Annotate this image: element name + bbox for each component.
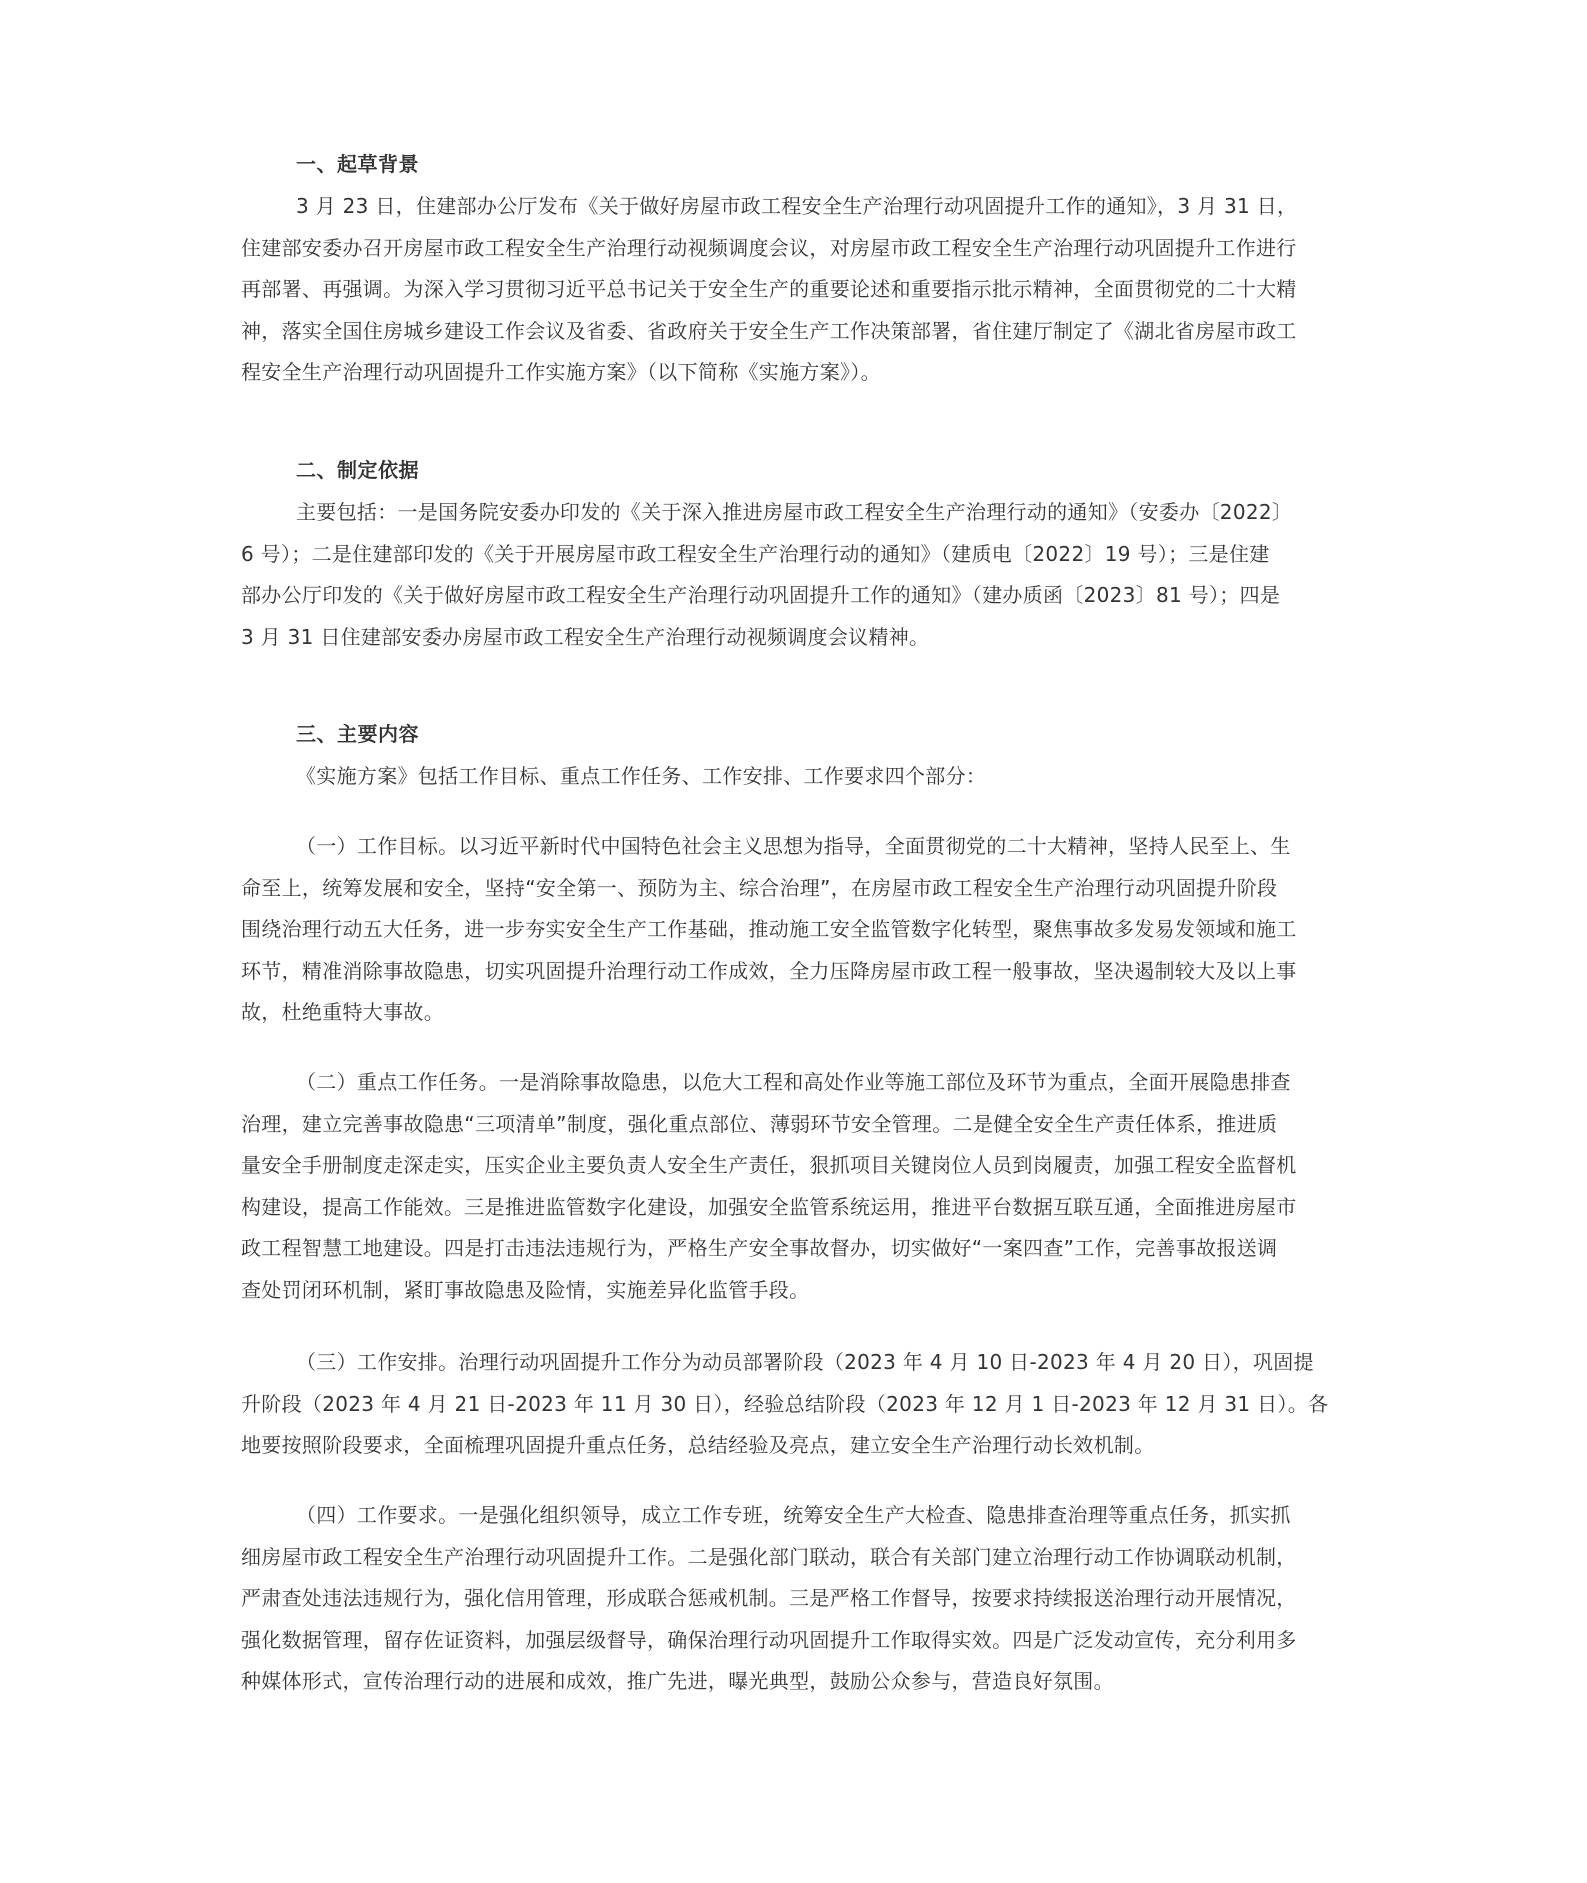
text-line: 治理，建立完善事故隐患“三项清单”制度，强化重点部位、薄弱环节安全管理。二是健全… — [241, 1104, 1351, 1146]
section-heading: 一、起草背景 — [241, 150, 1351, 178]
text-line: 主要包括：一是国务院安委办印发的《关于深入推进房屋市政工程安全生产治理行动的通知… — [241, 492, 1351, 534]
section-drafting-background: 一、起草背景 — [241, 150, 1351, 178]
text-line: 神，落实全国住房城乡建设工作会议及省委、省政府关于安全生产工作决策部署，省住建厅… — [241, 311, 1351, 353]
section-main-content: 三、主要内容 — [241, 720, 1351, 748]
text-line: 环节，精准消除事故隐患，切实巩固提升治理行动工作成效，全力压降房屋市政工程一般事… — [241, 951, 1351, 993]
text-line: （三）工作安排。治理行动巩固提升工作分为动员部署阶段（2023 年 4 月 10… — [241, 1342, 1351, 1384]
paragraph-work-goals: （一）工作目标。以习近平新时代中国特色社会主义思想为指导，全面贯彻党的二十大精神… — [241, 826, 1351, 1034]
text-line: 部办公厅印发的《关于做好房屋市政工程安全生产治理行动巩固提升工作的通知》（建办质… — [241, 575, 1351, 617]
text-line: 命至上，统筹发展和安全，坚持“安全第一、预防为主、综合治理”，在房屋市政工程安全… — [241, 868, 1351, 910]
text-line: 政工程智慧工地建设。四是打击违法违规行为，严格生产安全事故督办，切实做好“一案四… — [241, 1228, 1351, 1270]
paragraph: 3 月 23 日，住建部办公厅发布《关于做好房屋市政工程安全生产治理行动巩固提升… — [241, 186, 1351, 394]
text-line: 故，杜绝重特大事故。 — [241, 992, 1351, 1034]
paragraph-work-arrangement: （三）工作安排。治理行动巩固提升工作分为动员部署阶段（2023 年 4 月 10… — [241, 1342, 1351, 1467]
section-heading: 二、制定依据 — [241, 456, 1351, 484]
text-line: 地要按照阶段要求，全面梳理巩固提升重点任务，总结经验及亮点，建立安全生产治理行动… — [241, 1425, 1351, 1467]
text-line: 3 月 23 日，住建部办公厅发布《关于做好房屋市政工程安全生产治理行动巩固提升… — [241, 186, 1351, 228]
text-line: 再部署、再强调。为深入学习贯彻习近平总书记关于安全生产的重要论述和重要指示批示精… — [241, 269, 1351, 311]
paragraph: 《实施方案》包括工作目标、重点工作任务、工作安排、工作要求四个部分： — [241, 756, 1351, 798]
text-line: （一）工作目标。以习近平新时代中国特色社会主义思想为指导，全面贯彻党的二十大精神… — [241, 826, 1351, 868]
text-line: 程安全生产治理行动巩固提升工作实施方案》（以下简称《实施方案》）。 — [241, 352, 1351, 394]
text-line: 量安全手册制度走深走实，压实企业主要负责人安全生产责任，狠抓项目关键岗位人员到岗… — [241, 1145, 1351, 1187]
text-line: 构建设，提高工作能效。三是推进监管数字化建设，加强安全监管系统运用，推进平台数据… — [241, 1187, 1351, 1229]
paragraph-work-requirements: （四）工作要求。一是强化组织领导，成立工作专班，统筹安全生产大检查、隐患排查治理… — [241, 1495, 1351, 1703]
text-line: 《实施方案》包括工作目标、重点工作任务、工作安排、工作要求四个部分： — [241, 756, 1351, 798]
text-line: 严肃查处违法违规行为，强化信用管理，形成联合惩戒机制。三是严格工作督导，按要求持… — [241, 1578, 1351, 1620]
text-line: 细房屋市政工程安全生产治理行动巩固提升工作。二是强化部门联动，联合有关部门建立治… — [241, 1537, 1351, 1579]
text-line: 查处罚闭环机制，紧盯事故隐患及险情，实施差异化监管手段。 — [241, 1270, 1351, 1312]
paragraph-key-tasks: （二）重点工作任务。一是消除事故隐患，以危大工程和高处作业等施工部位及环节为重点… — [241, 1062, 1351, 1311]
text-line: （四）工作要求。一是强化组织领导，成立工作专班，统筹安全生产大检查、隐患排查治理… — [241, 1495, 1351, 1537]
section-basis: 二、制定依据 — [241, 456, 1351, 484]
text-line: 住建部安委办召开房屋市政工程安全生产治理行动视频调度会议，对房屋市政工程安全生产… — [241, 228, 1351, 270]
text-line: 围绕治理行动五大任务，进一步夯实安全生产工作基础，推动施工安全监管数字化转型，聚… — [241, 909, 1351, 951]
text-line: 强化数据管理，留存佐证资料，加强层级督导，确保治理行动巩固提升工作取得实效。四是… — [241, 1620, 1351, 1662]
text-line: 升阶段（2023 年 4 月 21 日-2023 年 11 月 30 日），经验… — [241, 1384, 1351, 1426]
text-line: 3 月 31 日住建部安委办房屋市政工程安全生产治理行动视频调度会议精神。 — [241, 617, 1351, 659]
text-line: 6 号）；二是住建部印发的《关于开展房屋市政工程安全生产治理行动的通知》（建质电… — [241, 534, 1351, 576]
text-line: （二）重点工作任务。一是消除事故隐患，以危大工程和高处作业等施工部位及环节为重点… — [241, 1062, 1351, 1104]
section-heading: 三、主要内容 — [241, 720, 1351, 748]
paragraph: 主要包括：一是国务院安委办印发的《关于深入推进房屋市政工程安全生产治理行动的通知… — [241, 492, 1351, 658]
text-line: 种媒体形式，宣传治理行动的进展和成效，推广先进，曝光典型，鼓励公众参与，营造良好… — [241, 1661, 1351, 1703]
